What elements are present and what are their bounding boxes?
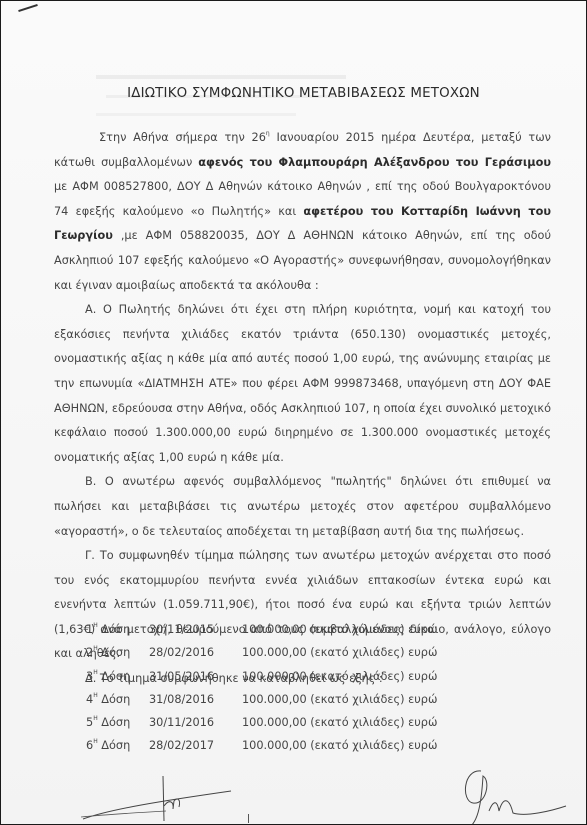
installment-date: 30/11/2015 — [149, 618, 242, 641]
installment-row: 3Η Δόση31/05/2016100.000,00 (εκατό χιλιά… — [86, 665, 437, 688]
installment-row: 2Η Δόση28/02/2016100.000,00 (εκατό χιλιά… — [86, 641, 437, 664]
installment-date: 31/05/2016 — [149, 665, 242, 688]
installment-amount: 100.000,00 (εκατό χιλιάδες) ευρώ — [242, 623, 437, 636]
buyer-signature — [441, 761, 581, 825]
page-number-mark — [248, 814, 249, 823]
document-title: ΙΔΙΩΤΙΚΟ ΣΥΜΦΩΝΗΤΙΚΟ ΜΕΤΑΒΙΒΑΣΕΩΣ ΜΕΤΟΧΩ… — [1, 86, 586, 101]
installment-date: 28/02/2017 — [149, 734, 242, 757]
installment-row: 4Η Δόση31/08/2016100.000,00 (εκατό χιλιά… — [86, 688, 437, 711]
installment-amount: 100.000,00 (εκατό χιλιάδες) ευρώ — [242, 716, 437, 729]
seller-signature — [71, 771, 241, 825]
clause-b: Β. Ο ανωτέρω αφενός συμβαλλόμενος "πωλητ… — [54, 470, 551, 544]
installment-amount: 100.000,00 (εκατό χιλιάδες) ευρώ — [242, 693, 437, 706]
installment-amount: 100.000,00 (εκατό χιλιάδες) ευρώ — [242, 670, 437, 683]
installment-row: 6Η Δόση28/02/2017100.000,00 (εκατό χιλιά… — [86, 734, 437, 757]
pen-mark — [18, 4, 38, 12]
installment-date: 30/11/2016 — [149, 711, 242, 734]
installment-date: 31/08/2016 — [149, 688, 242, 711]
clause-a: Α. Ο Πωλητής δηλώνει ότι έχει στη πλήρη … — [54, 298, 551, 470]
installment-row: 5Η Δόση30/11/2016100.000,00 (εκατό χιλιά… — [86, 711, 437, 734]
installment-schedule: 1Η Δόση30/11/2015100.000,00 (εκατό χιλιά… — [86, 618, 437, 758]
installment-amount: 100.000,00 (εκατό χιλιάδες) ευρώ — [242, 646, 437, 659]
installment-date: 28/02/2016 — [149, 641, 242, 664]
seller-name: αφενός του Φλαμπουράρη Αλέξανδρου του Γε… — [198, 156, 551, 169]
intro-paragraph: Στην Αθήνα σήμερα την 26η Ιανουαρίου 201… — [54, 126, 551, 298]
scanned-document-page: ΙΔΙΩΤΙΚΟ ΣΥΜΦΩΝΗΤΙΚΟ ΜΕΤΑΒΙΒΑΣΕΩΣ ΜΕΤΟΧΩ… — [0, 0, 587, 825]
document-body: Στην Αθήνα σήμερα την 26η Ιανουαρίου 201… — [54, 126, 551, 692]
installment-row: 1Η Δόση30/11/2015100.000,00 (εκατό χιλιά… — [86, 618, 437, 641]
installment-amount: 100.000,00 (εκατό χιλιάδες) ευρώ — [242, 739, 437, 752]
